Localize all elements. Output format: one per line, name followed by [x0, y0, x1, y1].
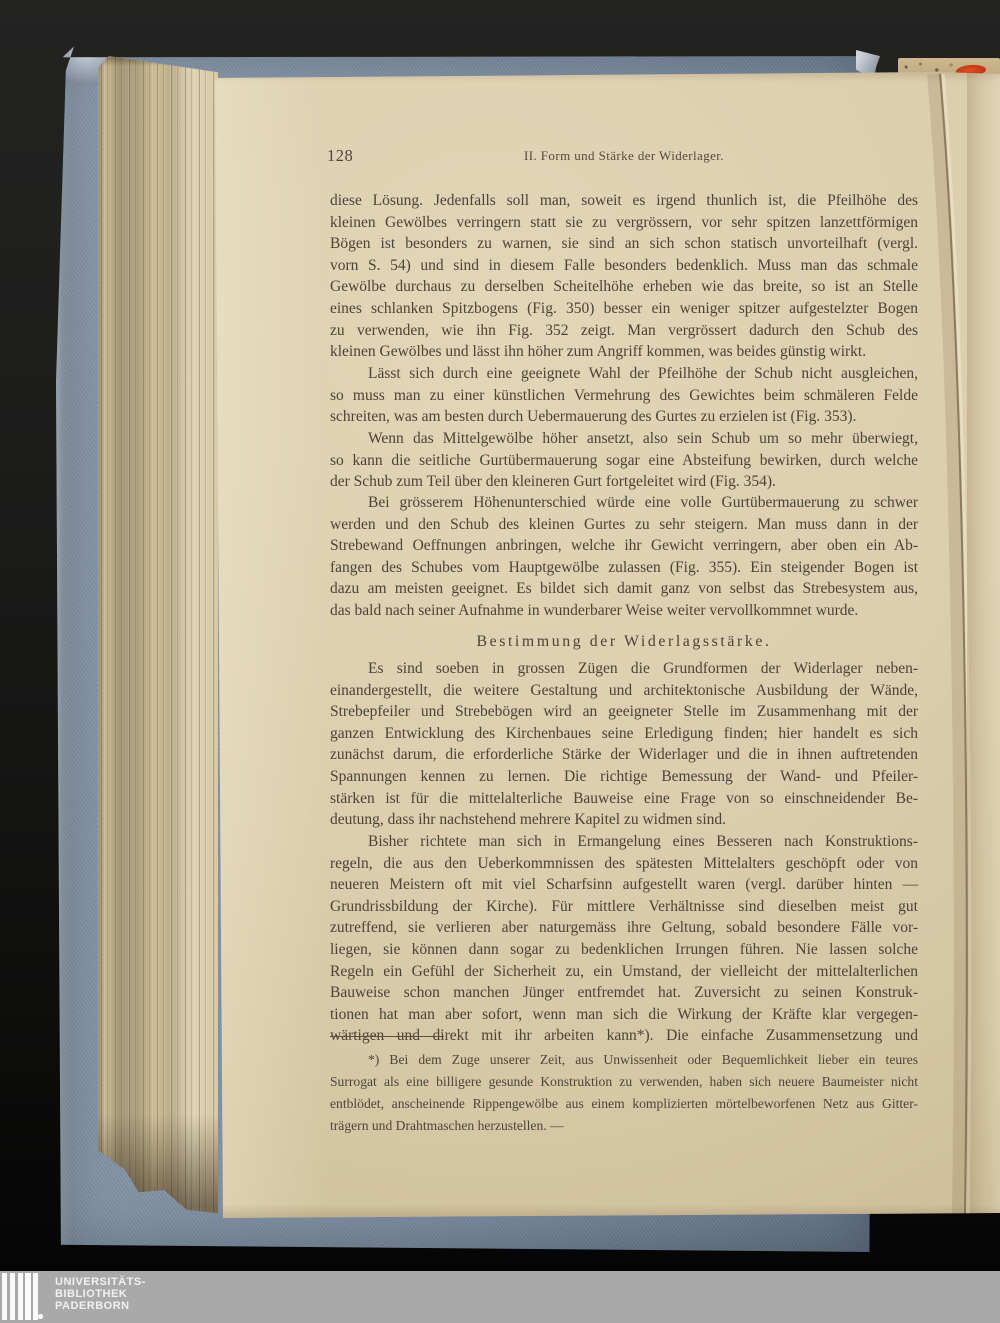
text-line: deutung, dass ihr nachstehend mehrere Ka… [330, 809, 918, 831]
text-line: vorn S. 54) und sind in diesem Falle bes… [330, 255, 918, 277]
text-line: neueren Meistern oft mit viel Scharfsinn… [330, 874, 918, 896]
text-line: dazu am meisten geeignet. Es bildet sich… [330, 578, 918, 600]
text-line: diese Lösung. Jedenfalls soll man, sowei… [330, 190, 918, 212]
text-line: der Schub zum Teil über den kleineren Gu… [330, 471, 918, 493]
library-name-line: BIBLIOTHEK [55, 1288, 146, 1300]
text-line: Es sind soeben in grossen Zügen die Grun… [330, 658, 918, 680]
text-line: Strebepfeiler und Strebebögen wird an ge… [330, 701, 918, 723]
cover-edge-highlight [56, 44, 72, 1252]
text-line: Bisher richtete man sich in Ermangelung … [330, 831, 918, 853]
paragraph: Bisher richtete man sich in Ermangelung … [330, 831, 918, 1047]
text-line: zunächst darum, die erforderliche Stärke… [330, 744, 918, 766]
text-line: Strebewand Oeffnungen anbringen, welche … [330, 535, 918, 557]
text-line: Bauweise schon manchen Jünger entfremdet… [330, 982, 918, 1004]
text-line: ganzen Entwicklung des Kirchenbaues sein… [330, 723, 918, 745]
text-line: Grundrissbildung der Kirche). Für mittle… [330, 896, 918, 918]
text-line: entblödet, anscheinende Rippengewölbe au… [330, 1093, 918, 1115]
page-header: 128 II. Form und Stärke der Widerlager. [330, 146, 918, 164]
logo-bar [10, 1273, 15, 1320]
library-banner: UNIVERSITÄTS- BIBLIOTHEK PADERBORN [0, 1271, 1000, 1323]
text-line: so muss man zu einer künstlichen Vermehr… [330, 385, 918, 407]
text-line: stärken ist für die mittelalterliche Bau… [330, 788, 918, 810]
text-line: schreiten, was am besten durch Uebermaue… [330, 406, 918, 428]
text-line: so kann die seitliche Gurtübermauerung s… [330, 450, 918, 472]
text-line: kleinen Gewölbes und lässt ihn höher zum… [330, 341, 918, 363]
logo-dot-icon [38, 1314, 43, 1319]
text-line: Regeln ein Gefühl der Sicherheit zu, ein… [330, 961, 918, 983]
text-line: Wenn das Mittelgewölbe höher ansetzt, al… [330, 428, 918, 450]
library-logo-icon [2, 1273, 38, 1320]
paragraph: Wenn das Mittelgewölbe höher ansetzt, al… [330, 428, 918, 493]
library-name-line: UNIVERSITÄTS- [55, 1276, 146, 1288]
text-line: Spannungen kennen zu lernen. Die richtig… [330, 766, 918, 788]
text-line: fangen des Schubes vom Hauptgewölbe zula… [330, 557, 918, 579]
library-name-line: PADERBORN [55, 1300, 146, 1312]
text-line: eines schlanken Spitzbogens (Fig. 350) b… [330, 298, 918, 320]
text-line: das bald nach seiner Aufnahme in wunderb… [330, 600, 918, 622]
text-line: trägern und Drahtmaschen herzustellen. — [330, 1115, 918, 1137]
text-line: Gewölbe durchaus zu derselben Scheitelhö… [330, 276, 918, 298]
text-line: liegen, sie können dann sogar zu bedenkl… [330, 939, 918, 961]
text-line: zutreffend, sie verlieren aber naturgemä… [330, 917, 918, 939]
logo-bar [33, 1273, 38, 1320]
text-line: Lässt sich durch eine geeignete Wahl der… [330, 363, 918, 385]
paragraph: diese Lösung. Jedenfalls soll man, sowei… [330, 190, 918, 363]
paragraph: Es sind soeben in grossen Zügen die Grun… [330, 658, 918, 831]
logo-bar [25, 1273, 30, 1320]
text-line: tionen hat man aber sofort, wenn man sic… [330, 1004, 918, 1026]
footnote-rule [330, 1036, 444, 1037]
paragraph: Lässt sich durch eine geeignete Wahl der… [330, 363, 918, 428]
logo-bar [18, 1273, 23, 1320]
text-line: Bögen ist besonders zu warnen, sie sind … [330, 233, 918, 255]
text-line: kleinen Gewölbes verringern statt sie zu… [330, 212, 918, 234]
paragraph: Bei grösserem Höhenunterschied würde ein… [330, 492, 918, 622]
text-line: einandergestellt, die weitere Gestaltung… [330, 680, 918, 702]
running-header: II. Form und Stärke der Widerlager. [330, 146, 918, 164]
library-name: UNIVERSITÄTS- BIBLIOTHEK PADERBORN [55, 1276, 146, 1313]
footnote: *) Bei dem Zuge unserer Zeit, aus Unwiss… [330, 1049, 918, 1137]
right-page-sliver [967, 72, 1000, 1218]
logo-bar [2, 1273, 7, 1320]
text-line: Surrogat als eine billigere gesunde Kons… [330, 1071, 918, 1093]
page-edges-stack [98, 56, 218, 1218]
page-edges-shading [98, 56, 218, 1218]
section-heading: Bestimmung der Widerlagsstärke. [330, 629, 918, 655]
text-line: zu verwenden, wie ihn Fig. 352 zeigt. Ma… [330, 320, 918, 342]
text-line: Bei grösserem Höhenunterschied würde ein… [330, 492, 918, 514]
text-line: regeln, die aus den Ueberkommnissen des … [330, 853, 918, 875]
page-number: 128 [327, 146, 353, 166]
text-line: werden und den Schub des kleinen Gurtes … [330, 514, 918, 536]
text-line: *) Bei dem Zuge unserer Zeit, aus Unwiss… [330, 1049, 918, 1071]
